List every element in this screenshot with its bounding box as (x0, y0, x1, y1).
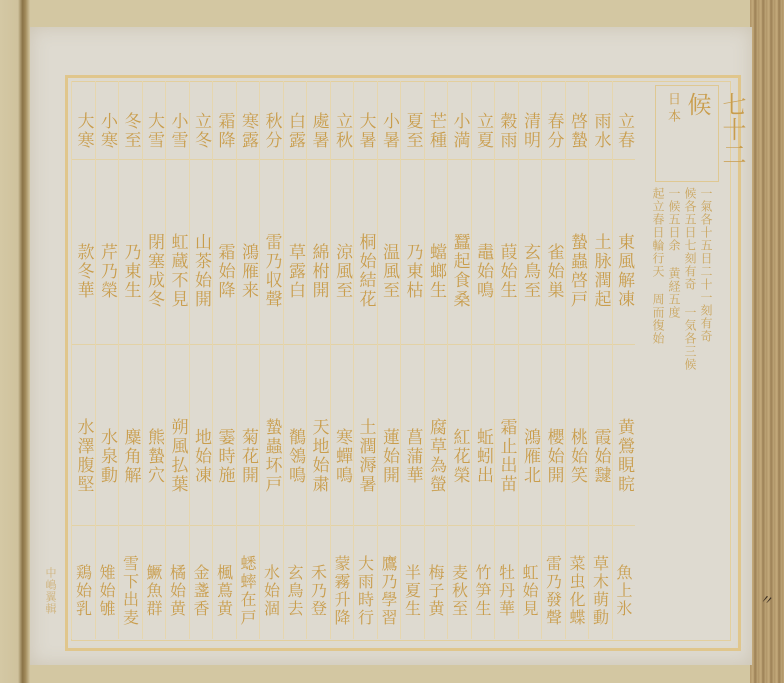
season-column: 春分雀始巣櫻始開雷乃發聲 (541, 81, 565, 639)
first-kou: 蠶起食桑 (448, 181, 471, 361)
second-kou: 桃始笑 (566, 366, 589, 546)
second-kou: 鶺鴒鳴 (284, 366, 307, 546)
solar-term-label: 大雪 (143, 91, 166, 171)
third-kou: 牡丹華 (495, 536, 518, 646)
season-column: 清明玄鳥至鴻雁北虹始見 (518, 81, 542, 639)
second-kou: 鴻雁北 (519, 366, 542, 546)
first-kou: 虹蔵不見 (166, 181, 189, 361)
season-column: 霜降霜始降霎時施楓蔦黄 (212, 81, 236, 639)
solar-term-label: 春分 (542, 91, 565, 171)
second-kou: 櫻始開 (542, 366, 565, 546)
seasons-table: 立春東風解凍黄鶯睍睆魚上氷雨水土脉潤起霞始靆草木萌動啓蟄蟄蟲啓戸桃始笑菜虫化蝶春… (71, 81, 635, 639)
solar-term-label: 寒露 (237, 91, 260, 171)
season-column: 處暑綿柎開天地始粛禾乃登 (306, 81, 330, 639)
author-note: 中嶋翼輯 (42, 567, 58, 615)
second-kou: 土潤溽暑 (354, 366, 377, 546)
first-kou: 涼風至 (331, 181, 354, 361)
solar-term-label: 穀雨 (495, 91, 518, 171)
first-kou: 鴻雁来 (237, 181, 260, 361)
season-column: 寒露鴻雁来菊花開蟋蟀在戸 (236, 81, 260, 639)
first-kou: 温風至 (378, 181, 401, 361)
third-kou: 雷乃發聲 (542, 536, 565, 646)
third-kou: 楓蔦黄 (213, 536, 236, 646)
season-column: 大暑桐始結花土潤溽暑大雨時行 (353, 81, 377, 639)
second-kou: 朔風払葉 (166, 366, 189, 546)
first-kou: 桐始結花 (354, 181, 377, 361)
first-kou: 雀始巣 (542, 181, 565, 361)
first-kou: 蟷螂生 (425, 181, 448, 361)
title-box: 日本 七十二候 (655, 85, 719, 182)
third-kou: 水始涸 (260, 536, 283, 646)
first-kou: 款冬華 (72, 181, 95, 361)
season-column: 啓蟄蟄蟲啓戸桃始笑菜虫化蝶 (565, 81, 589, 639)
second-kou: 霎時施 (213, 366, 236, 546)
solar-term-label: 立秋 (331, 91, 354, 171)
solar-term-label: 白露 (284, 91, 307, 171)
season-column: 立秋涼風至寒蟬鳴蒙霧升降 (330, 81, 354, 639)
season-column: 夏至乃東枯菖蒲華半夏生 (400, 81, 424, 639)
second-kou: 寒蟬鳴 (331, 366, 354, 546)
third-kou: 草木萌動 (589, 536, 612, 646)
season-column: 小雪虹蔵不見朔風払葉橘始黄 (165, 81, 189, 639)
third-kou: 金盞香 (190, 536, 213, 646)
solar-term-label: 小満 (448, 91, 471, 171)
season-column: 雨水土脉潤起霞始靆草木萌動 (588, 81, 612, 639)
second-kou: 腐草為螢 (425, 366, 448, 546)
third-kou: 虹始見 (519, 536, 542, 646)
third-kou: 大雨時行 (354, 536, 377, 646)
solar-term-label: 清明 (519, 91, 542, 171)
season-column: 穀雨葭始生霜止出苗牡丹華 (494, 81, 518, 639)
season-column: 冬至乃東生麋角解雪下出麦 (118, 81, 142, 639)
solar-term-label: 小寒 (96, 91, 119, 171)
solar-term-label: 立夏 (472, 91, 495, 171)
solar-term-label: 芒種 (425, 91, 448, 171)
second-kou: 水澤腹堅 (72, 366, 95, 546)
second-kou: 紅花榮 (448, 366, 471, 546)
second-kou: 蓮始開 (378, 366, 401, 546)
first-kou: 乃東枯 (401, 181, 424, 361)
solar-term-label: 大寒 (72, 91, 95, 171)
solar-term-label: 霜降 (213, 91, 236, 171)
second-kou: 黄鶯睍睆 (613, 366, 636, 546)
solar-term-label: 處暑 (307, 91, 330, 171)
third-kou: 雉始雊 (96, 536, 119, 646)
background-top (30, 0, 750, 27)
solar-term-label: 小雪 (166, 91, 189, 171)
solar-term-label: 啓蟄 (566, 91, 589, 171)
season-column: 立夏鼃始鳴蚯蚓出竹笋生 (471, 81, 495, 639)
background-left-fold (0, 0, 30, 683)
third-kou: 半夏生 (401, 536, 424, 646)
solar-term-label: 大暑 (354, 91, 377, 171)
second-kou: 水泉動 (96, 366, 119, 546)
second-kou: 地始凍 (190, 366, 213, 546)
season-column: 立春東風解凍黄鶯睍睆魚上氷 (612, 81, 636, 639)
second-kou: 霜止出苗 (495, 366, 518, 546)
season-column: 小暑温風至蓮始開鷹乃學習 (377, 81, 401, 639)
second-kou: 熊蟄穴 (143, 366, 166, 546)
third-kou: 魚上氷 (613, 536, 636, 646)
first-kou: 草露白 (284, 181, 307, 361)
solar-term-label: 立春 (613, 91, 636, 171)
season-column: 秋分雷乃収聲蟄蟲坏戸水始涸 (259, 81, 283, 639)
season-column: 立冬山茶始開地始凍金盞香 (189, 81, 213, 639)
first-kou: 蟄蟲啓戸 (566, 181, 589, 361)
third-kou: 梅子黄 (425, 536, 448, 646)
note-line-3: 一候五日余 黄経五度 (666, 187, 682, 627)
third-kou: 玄鳥去 (284, 536, 307, 646)
season-column: 大寒款冬華水澤腹堅鶏始乳 (71, 81, 95, 639)
third-kou: 雪下出麦 (119, 536, 142, 646)
first-kou: 綿柎開 (307, 181, 330, 361)
first-kou: 霜始降 (213, 181, 236, 361)
second-kou: 麋角解 (119, 366, 142, 546)
solar-term-label: 立冬 (190, 91, 213, 171)
first-kou: 芹乃榮 (96, 181, 119, 361)
first-kou: 雷乃収聲 (260, 181, 283, 361)
first-kou: 閉塞成冬 (143, 181, 166, 361)
third-kou: 麦秋至 (448, 536, 471, 646)
first-kou: 葭始生 (495, 181, 518, 361)
solar-term-label: 夏至 (401, 91, 424, 171)
first-kou: 乃東生 (119, 181, 142, 361)
season-column: 小寒芹乃榮水泉動雉始雊 (95, 81, 119, 639)
document-sheet: 立春東風解凍黄鶯睍睆魚上氷雨水土脉潤起霞始靆草木萌動啓蟄蟄蟲啓戸桃始笑菜虫化蝶春… (30, 27, 752, 665)
third-kou: 蒙霧升降 (331, 536, 354, 646)
season-column: 小満蠶起食桑紅花榮麦秋至 (447, 81, 471, 639)
note-line-1: 一氣各十五日二十一刻有奇 (698, 187, 714, 627)
third-kou: 鱖魚群 (143, 536, 166, 646)
background-right-binding (750, 0, 784, 683)
second-kou: 霞始靆 (589, 366, 612, 546)
second-kou: 天地始粛 (307, 366, 330, 546)
first-kou: 山茶始開 (190, 181, 213, 361)
second-kou: 蚯蚓出 (472, 366, 495, 546)
page-title: 七十二候 (680, 92, 750, 181)
third-kou: 鶏始乳 (72, 536, 95, 646)
second-kou: 蟄蟲坏戸 (260, 366, 283, 546)
note-line-4: 起立春日輪行天 周而復始 (650, 187, 666, 627)
solar-term-label: 秋分 (260, 91, 283, 171)
solar-term-label: 雨水 (589, 91, 612, 171)
first-kou: 土脉潤起 (589, 181, 612, 361)
third-kou: 鷹乃學習 (378, 536, 401, 646)
first-kou: 鼃始鳴 (472, 181, 495, 361)
first-kou: 玄鳥至 (519, 181, 542, 361)
first-kou: 東風解凍 (613, 181, 636, 361)
third-kou: 禾乃登 (307, 536, 330, 646)
season-column: 白露草露白鶺鴒鳴玄鳥去 (283, 81, 307, 639)
solar-term-label: 冬至 (119, 91, 142, 171)
background-bottom (30, 665, 750, 683)
third-kou: 菜虫化蝶 (566, 536, 589, 646)
note-line-2: 候各五日七刻有奇 一気各三候 (682, 187, 698, 627)
third-kou: 蟋蟀在戸 (237, 536, 260, 646)
season-column: 大雪閉塞成冬熊蟄穴鱖魚群 (142, 81, 166, 639)
solar-term-label: 小暑 (378, 91, 401, 171)
third-kou: 橘始黄 (166, 536, 189, 646)
second-kou: 菊花開 (237, 366, 260, 546)
season-column: 芒種蟷螂生腐草為螢梅子黄 (424, 81, 448, 639)
second-kou: 菖蒲華 (401, 366, 424, 546)
third-kou: 竹笋生 (472, 536, 495, 646)
